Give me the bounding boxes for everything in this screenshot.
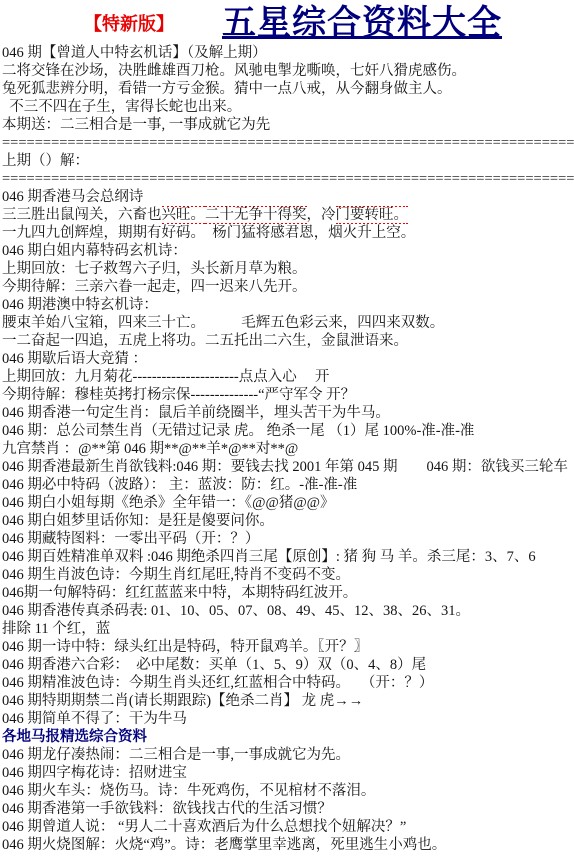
spellcheck-marked-text: 门要转旺。 (336, 206, 409, 224)
text-line: 046 期火烧图解：火烧“鸡”。诗：老鹰掌里幸逃离，死里逃生小鸡也。 (2, 836, 574, 854)
edition-tag: 【特新版】 (84, 15, 174, 33)
divider-line: ========================================… (2, 170, 574, 188)
text-line: 三三胜出鼠闯关，六畜也兴旺。二十无争十得奖，冷门要转旺。 (2, 206, 574, 224)
text-line: 046 期香港一句定生肖：鼠后羊前绕圈半，埋头苦干为牛马。 (2, 404, 574, 422)
spellcheck-marked-text: 二十无争十得奖 (205, 206, 307, 224)
text-line: 046 期白小姐每期《绝杀》全年错一：《@@猪@@》 (2, 494, 574, 512)
text-line: 046 期百姓精准单双料 :046 期绝杀四肖三尾【原创】: 猪 狗 马 羊。杀… (2, 548, 574, 566)
text-line: 上期回放：七子救驾六子归，头长新月草为粮。 (2, 260, 574, 278)
text-line: 046 期歇后语大竞猜 ： (2, 350, 574, 368)
text-line: 046 期香港六合彩： 必中尾数：买单（1、5、9）双（0、4、8）尾 (2, 656, 574, 674)
text-line: 046 期港澳中特玄机诗： (2, 296, 574, 314)
text-line: 本期送：二三相合是一事, 一事成就它为先 (2, 116, 574, 134)
text-line: 046 期：总公司禁生肖（无错过记录 虎。 绝杀一尾 （1）尾 100%-准-准… (2, 422, 574, 440)
text-line: 046 期火车头：烧伤马。诗：牛死鸡伤，不见棺材不落泪。 (2, 782, 574, 800)
text-line: 046 期特期期禁二肖(请长期跟踪)【绝杀二肖】 龙 虎→→ (2, 692, 574, 710)
text-line: 腰束羊始八宝箱，四来三十亡。 毛辉五色彩云来，四四来双数。 (2, 314, 574, 332)
text-line: 一二奋起一四追，五虎上将功。二五托出二六生，金鼠泄语来。 (2, 332, 574, 350)
text-line: 今期待解：穆桂英拷打杨宗保--------------“严守军令 开？ (2, 386, 574, 404)
page: 【特新版】 五星综合资料大全 046 期【曾道人中特玄机话】（及解上期）二将交锋… (0, 0, 574, 854)
text-line: 046 期曾道人说： “男人二十喜欢酒后为什么总想找个妞解决？” (2, 818, 574, 836)
text-line: 一九四九创辉煌，期期有好码。 杨门猛将感君恩，烟火升上空。 (2, 224, 574, 242)
text-line: 046 期香港最新生肖欲钱料:046 期：要钱去找 2001 年第 045 期 … (2, 458, 574, 476)
spellcheck-marked-text: 兴旺。 (162, 206, 206, 224)
content-lines: 046 期【曾道人中特玄机话】（及解上期）二将交锋在沙场，决胜雌雄酉刀枪。风驰电… (0, 44, 574, 854)
text-line: 046 期精准波色诗：今期生肖头还红,红蓝相合中特码。 （开：？） (2, 674, 574, 692)
text-line: 046期一句解特码：红红蓝蓝来中特，本期特码红波开。 (2, 584, 574, 602)
divider-line: ========================================… (2, 134, 574, 152)
text-line: 上期（）解： (2, 152, 574, 170)
text-line: 046 期生肖波色诗：今期生肖红尾旺,特肖不变码不变。 (2, 566, 574, 584)
page-header: 【特新版】 五星综合资料大全 (0, 0, 574, 44)
text-line: 不三不四在子生，害得长蛇也出来。 (2, 98, 574, 116)
text-line: 046 期香港第一手欲钱料：欲钱找古代的生活习惯？ (2, 800, 574, 818)
text-line: 046 期简单不得了：干为牛马 (2, 710, 574, 728)
text-line: 排除 11 个红，蓝 (2, 620, 574, 638)
text-line: 046 期龙仔凑热闹：二三相合是一事,一事成就它为先。 (2, 746, 574, 764)
text-line: 二将交锋在沙场，决胜雌雄酉刀枪。风驰电掣龙嘶唤，七奸八猾虎感伤。 (2, 62, 574, 80)
text-line: 上期回放：九月菊花----------------------点点入心 开 (2, 368, 574, 386)
text-segment: 三三胜出鼠闯关，六畜也 (2, 207, 162, 223)
page-title: 五星综合资料大全 (222, 7, 502, 41)
text-line: 046 期香港传真杀码表: 01、10、05、07、08、49、45、12、38… (2, 602, 574, 620)
text-line: 046 期必中特码（波路）： 主：蓝波：防：红。-准-准-准 (2, 476, 574, 494)
text-segment: ，冷 (307, 207, 336, 223)
text-line: 046 期藏特图料：一零出平码（开：？） (2, 530, 574, 548)
text-line: 兔死狐悲辨分明，看错一方亏金猴。猜中一点八戒，从今翻身做主人。 (2, 80, 574, 98)
text-line: 046 期四字梅花诗：招财进宝 (2, 764, 574, 782)
text-line: 046 期白姐梦里话你知：是狂是傻要问你。 (2, 512, 574, 530)
text-line: 046 期白姐内幕特码玄机诗： (2, 242, 574, 260)
text-line: 046 期一诗中特：绿头红出是特码，特开鼠鸡羊。〖开？〗 (2, 638, 574, 656)
section-heading: 各地马报精选综合资料 (2, 728, 574, 746)
text-line: 九宫禁肖 ：@**第 046 期**@**羊*@**对**@ (2, 440, 574, 458)
text-line: 今期待解：三亲六眷一起走，四一迟来八先开。 (2, 278, 574, 296)
text-line: 046 期香港马会总纲诗 (2, 188, 574, 206)
text-line: 046 期【曾道人中特玄机话】（及解上期） (2, 44, 574, 62)
